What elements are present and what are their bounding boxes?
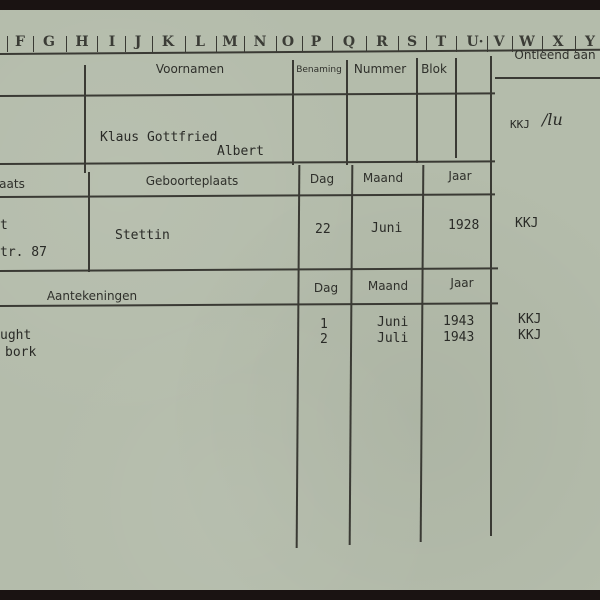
col-rule-blank bbox=[455, 58, 457, 158]
note-source: KKJ bbox=[518, 328, 541, 343]
col-rule-geboorte bbox=[88, 172, 90, 272]
rule-birth-header bbox=[0, 193, 495, 198]
alpha-tab: G bbox=[43, 34, 55, 50]
label-maand: Maand bbox=[363, 171, 403, 185]
alpha-tab: K bbox=[162, 34, 174, 50]
alpha-tab: F bbox=[15, 34, 25, 50]
geboorte-source: KKJ bbox=[515, 216, 538, 231]
note-dag: 2 bbox=[320, 332, 328, 347]
alpha-tab: M bbox=[222, 34, 238, 50]
tab-divider bbox=[33, 36, 34, 52]
registration-card: F G H I J K L M N O P Q R S T U· V W X Y bbox=[0, 10, 600, 590]
label-aantekeningen: Aantekeningen bbox=[47, 289, 137, 303]
col-rule-maand bbox=[349, 165, 354, 545]
col-rule-benaming bbox=[292, 60, 294, 165]
address-line2: tr. 87 bbox=[0, 245, 47, 260]
alpha-tab: V bbox=[494, 34, 505, 50]
rule-names bbox=[0, 160, 495, 165]
col-rule-nummer bbox=[346, 60, 348, 165]
rule-top bbox=[0, 49, 600, 55]
tab-divider bbox=[244, 36, 245, 52]
label-ontleend-aan: Ontleend aan bbox=[514, 48, 595, 62]
tab-divider bbox=[276, 36, 277, 52]
tab-divider bbox=[185, 36, 186, 52]
voornamen-line1: Klaus Gottfried bbox=[100, 130, 217, 145]
note-text: bork bbox=[5, 345, 36, 360]
tab-divider bbox=[125, 36, 126, 52]
voornamen-line2: Albert bbox=[217, 144, 264, 159]
address-line1: t bbox=[0, 218, 8, 233]
label-dag: Dag bbox=[310, 172, 334, 186]
note-jaar: 1943 bbox=[443, 330, 474, 345]
alpha-tab: J bbox=[135, 34, 142, 50]
voornamen-source: KKJ bbox=[510, 118, 530, 131]
col-rule-blok bbox=[416, 58, 418, 163]
alpha-tab: I bbox=[109, 34, 116, 50]
col-rule-ontleend bbox=[490, 56, 492, 536]
note-text: ught bbox=[0, 328, 31, 343]
note-maand: Juni bbox=[377, 315, 408, 330]
col-rule-names bbox=[84, 65, 86, 173]
label-woonplaats: aats bbox=[0, 177, 25, 191]
alpha-tab: H bbox=[75, 34, 88, 50]
handwritten-annotation: /lu bbox=[542, 110, 563, 129]
label-geboorteplaats: Geboorteplaats bbox=[146, 174, 239, 188]
note-maand: Juli bbox=[377, 331, 408, 346]
tab-divider bbox=[66, 36, 67, 52]
tab-divider bbox=[216, 36, 217, 52]
label-blok: Blok bbox=[421, 62, 447, 76]
alpha-tab: R bbox=[376, 34, 388, 50]
label-dag-notes: Dag bbox=[314, 281, 338, 295]
alpha-tab: P bbox=[311, 34, 322, 50]
col-rule-dag bbox=[296, 165, 301, 548]
geboorte-dag-value: 22 bbox=[315, 222, 331, 237]
alpha-tab: O bbox=[282, 34, 294, 50]
alpha-tab: N bbox=[254, 34, 267, 50]
label-nummer: Nummer bbox=[354, 62, 406, 76]
tab-divider bbox=[7, 36, 8, 52]
label-maand-notes: Maand bbox=[368, 279, 408, 293]
alpha-tab: Q bbox=[343, 34, 355, 50]
alpha-tab: U· bbox=[466, 34, 483, 50]
tab-divider bbox=[302, 36, 303, 52]
tab-divider bbox=[152, 36, 153, 52]
tab-divider bbox=[97, 36, 98, 52]
label-benaming: Benaming bbox=[296, 65, 342, 75]
geboorte-jaar-value: 1928 bbox=[448, 218, 479, 233]
alpha-tab: T bbox=[436, 34, 446, 50]
rule-header bbox=[0, 92, 495, 97]
label-voornamen: Voornamen bbox=[156, 62, 224, 76]
note-dag: 1 bbox=[320, 317, 328, 332]
geboorteplaats-value: Stettin bbox=[115, 228, 170, 243]
alpha-tab: S bbox=[407, 34, 417, 50]
alpha-tab: L bbox=[195, 34, 205, 50]
col-rule-jaar bbox=[420, 165, 425, 542]
rule-ontleend bbox=[495, 77, 600, 79]
tab-divider bbox=[332, 36, 333, 52]
note-source: KKJ bbox=[518, 312, 541, 327]
label-jaar: Jaar bbox=[448, 169, 471, 183]
geboorte-maand-value: Juni bbox=[371, 221, 402, 236]
label-jaar-notes: Jaar bbox=[450, 276, 473, 290]
note-jaar: 1943 bbox=[443, 314, 474, 329]
